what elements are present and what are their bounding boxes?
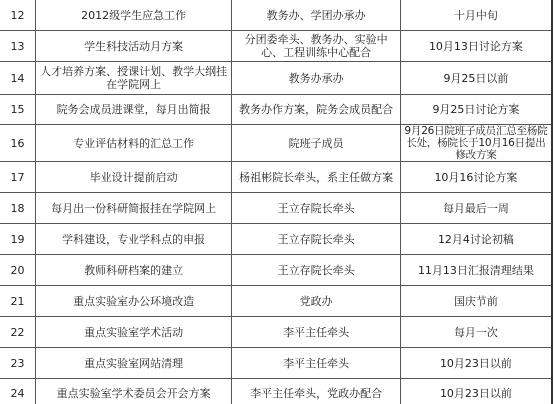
- row-number: 24: [0, 379, 35, 404]
- table-row: 14 人才培养方案、授课计划、教学大纲挂在学院网上 教务办承办 9月25日以前: [0, 62, 552, 95]
- task-cell: 人才培养方案、授课计划、教学大纲挂在学院网上: [35, 62, 231, 95]
- task-cell: 重点实验室网站清理: [35, 348, 231, 379]
- work-plan-table: 12 2012级学生应急工作 教务办、学团办承办 十月中旬 13 学生科技活动月…: [0, 0, 553, 404]
- owner-cell: 王立存院长牵头: [232, 193, 401, 224]
- task-cell: 每月出一份科研简报挂在学院网上: [35, 193, 231, 224]
- table-row: 22 重点实验室学术活动 李平主任牵头 每月一次: [0, 317, 552, 348]
- deadline-cell: 每月一次: [400, 317, 552, 348]
- task-cell: 2012级学生应急工作: [35, 0, 231, 31]
- deadline-cell: 11月13日汇报清理结果: [400, 255, 552, 286]
- deadline-cell: 国庆节前: [400, 286, 552, 317]
- table-row: 20 教师科研档案的建立 王立存院长牵头 11月13日汇报清理结果: [0, 255, 552, 286]
- task-cell: 重点实验室学术活动: [35, 317, 231, 348]
- owner-cell: 院班子成员: [232, 125, 401, 162]
- deadline-cell: 9月26日院班子成员汇总至杨院长处，杨院长于10月16日提出修改方案: [400, 125, 552, 162]
- deadline-cell: 9月25日讨论方案: [400, 95, 552, 125]
- owner-cell: 李平主任牵头: [232, 317, 401, 348]
- table-row: 21 重点实验室办公环境改造 党政办 国庆节前: [0, 286, 552, 317]
- task-cell: 教师科研档案的建立: [35, 255, 231, 286]
- table-row: 15 院务会成员进课堂，每月出简报 教务办作方案，院务会成员配合 9月25日讨论…: [0, 95, 552, 125]
- task-cell: 学生科技活动月方案: [35, 31, 231, 62]
- table-row: 12 2012级学生应急工作 教务办、学团办承办 十月中旬: [0, 0, 552, 31]
- task-cell: 专业评估材料的汇总工作: [35, 125, 231, 162]
- row-number: 12: [0, 0, 35, 31]
- row-number: 19: [0, 224, 35, 255]
- row-number: 23: [0, 348, 35, 379]
- owner-cell: 教务办作方案，院务会成员配合: [232, 95, 401, 125]
- table-row: 23 重点实验室网站清理 李平主任牵头 10月23日以前: [0, 348, 552, 379]
- row-number: 20: [0, 255, 35, 286]
- row-number: 21: [0, 286, 35, 317]
- row-number: 14: [0, 62, 35, 95]
- deadline-cell: 十月中旬: [400, 0, 552, 31]
- owner-cell: 杨祖彬院长牵头，系主任做方案: [232, 162, 401, 193]
- deadline-cell: 10月23日以前: [400, 348, 552, 379]
- table-row: 17 毕业设计提前启动 杨祖彬院长牵头，系主任做方案 10月16讨论方案: [0, 162, 552, 193]
- deadline-cell: 10月16讨论方案: [400, 162, 552, 193]
- row-number: 22: [0, 317, 35, 348]
- task-cell: 院务会成员进课堂，每月出简报: [35, 95, 231, 125]
- deadline-cell: 12月4讨论初稿: [400, 224, 552, 255]
- deadline-cell: 10月23日以前: [400, 379, 552, 404]
- owner-cell: 党政办: [232, 286, 401, 317]
- deadline-cell: 每月最后一周: [400, 193, 552, 224]
- task-cell: 学科建设，专业学科点的申报: [35, 224, 231, 255]
- owner-cell: 教务办承办: [232, 62, 401, 95]
- deadline-cell: 9月25日以前: [400, 62, 552, 95]
- table-row: 16 专业评估材料的汇总工作 院班子成员 9月26日院班子成员汇总至杨院长处，杨…: [0, 125, 552, 162]
- owner-cell: 李平主任牵头，党政办配合: [232, 379, 401, 404]
- row-number: 16: [0, 125, 35, 162]
- table-row: 18 每月出一份科研简报挂在学院网上 王立存院长牵头 每月最后一周: [0, 193, 552, 224]
- owner-cell: 王立存院长牵头: [232, 224, 401, 255]
- deadline-cell: 10月13日讨论方案: [400, 31, 552, 62]
- task-cell: 重点实验室学术委员会开会方案: [35, 379, 231, 404]
- task-cell: 重点实验室办公环境改造: [35, 286, 231, 317]
- row-number: 15: [0, 95, 35, 125]
- owner-cell: 王立存院长牵头: [232, 255, 401, 286]
- table-row: 24 重点实验室学术委员会开会方案 李平主任牵头，党政办配合 10月23日以前: [0, 379, 552, 404]
- owner-cell: 分团委牵头、教务办、实验中心、工程训练中心配合: [232, 31, 401, 62]
- row-number: 17: [0, 162, 35, 193]
- owner-cell: 李平主任牵头: [232, 348, 401, 379]
- owner-cell: 教务办、学团办承办: [232, 0, 401, 31]
- table-row: 13 学生科技活动月方案 分团委牵头、教务办、实验中心、工程训练中心配合 10月…: [0, 31, 552, 62]
- task-cell: 毕业设计提前启动: [35, 162, 231, 193]
- table-row: 19 学科建设，专业学科点的申报 王立存院长牵头 12月4讨论初稿: [0, 224, 552, 255]
- row-number: 18: [0, 193, 35, 224]
- row-number: 13: [0, 31, 35, 62]
